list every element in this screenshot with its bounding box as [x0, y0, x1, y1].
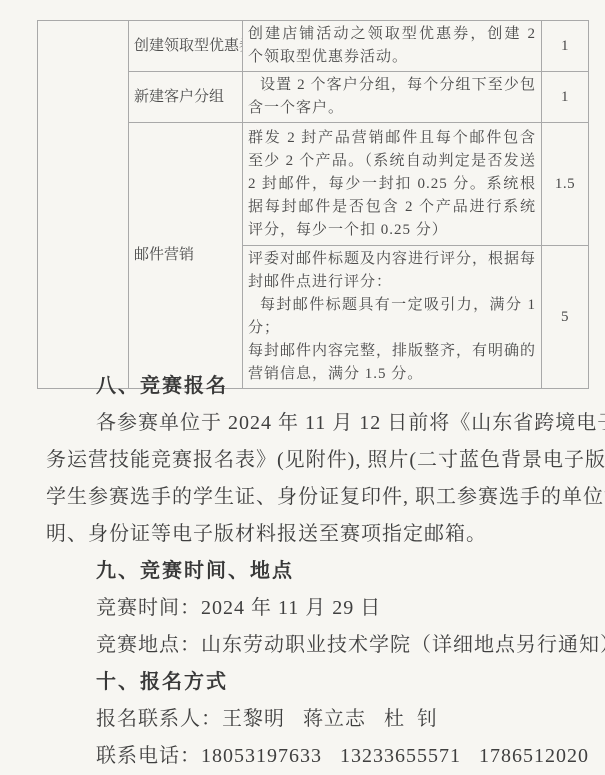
registration-paragraph-line-4: 明、身份证等电子版材料报送至赛项指定邮箱。 — [46, 516, 580, 553]
competition-time-line: 竞赛时间：2024 年 11 月 29 日 — [46, 590, 580, 627]
desc-paragraph: 每封邮件标题具有一定吸引力，满分 1 分； — [248, 294, 536, 340]
section-heading-signup-method: 十、报名方式 — [46, 664, 580, 701]
scoring-table: 创建领取型优惠券 创建店铺活动之领取型优惠券，创建 2 个领取型优惠券活动。 1… — [37, 20, 589, 389]
task-cell-coupon: 创建领取型优惠券 — [129, 21, 243, 72]
registration-paragraph-line-2: 务运营技能竞赛报名表》(见附件), 照片(二寸蓝色背景电子版), — [46, 442, 580, 479]
task-cell-email-marketing: 邮件营销 — [129, 123, 243, 389]
task-cell-customer-group: 新建客户分组 — [129, 72, 243, 123]
score-cell-coupon: 1 — [542, 21, 589, 72]
desc-paragraph: 评委对邮件标题及内容进行评分，根据每封邮件点进行评分： — [248, 248, 536, 294]
category-cell — [38, 21, 129, 389]
registration-paragraph-line-3: 学生参赛选手的学生证、身份证复印件, 职工参赛选手的单位证 — [46, 479, 580, 516]
competition-place-line: 竞赛地点：山东劳动职业技术学院（详细地点另行通知） — [46, 627, 580, 664]
contact-phones-line: 联系电话：18053197633 13233655571 1786512020 — [46, 738, 580, 775]
section-heading-registration: 八、竞赛报名 — [46, 368, 580, 405]
document-body: 八、竞赛报名 各参赛单位于 2024 年 11 月 12 日前将《山东省跨境电子… — [46, 368, 580, 775]
desc-cell-coupon: 创建店铺活动之领取型优惠券，创建 2 个领取型优惠券活动。 — [243, 21, 542, 72]
section-heading-time-place: 九、竞赛时间、地点 — [46, 553, 580, 590]
table-row-coupon: 创建领取型优惠券 创建店铺活动之领取型优惠券，创建 2 个领取型优惠券活动。 1 — [38, 21, 589, 72]
desc-cell-customer-group: 设置 2 个客户分组，每个分组下至少包含一个客户。 — [243, 72, 542, 123]
desc-cell-email-send: 群发 2 封产品营销邮件且每个邮件包含至少 2 个产品。（系统自动判定是否发送 … — [243, 123, 542, 246]
contact-persons-line: 报名联系人：王黎明 蒋立志 杜 钊 — [46, 701, 580, 738]
scanned-document-page: 创建领取型优惠券 创建店铺活动之领取型优惠券，创建 2 个领取型优惠券活动。 1… — [0, 0, 605, 775]
score-cell-email-send: 1.5 — [542, 123, 589, 246]
score-cell-customer-group: 1 — [542, 72, 589, 123]
registration-paragraph-line-1: 各参赛单位于 2024 年 11 月 12 日前将《山东省跨境电子商 — [46, 405, 580, 442]
